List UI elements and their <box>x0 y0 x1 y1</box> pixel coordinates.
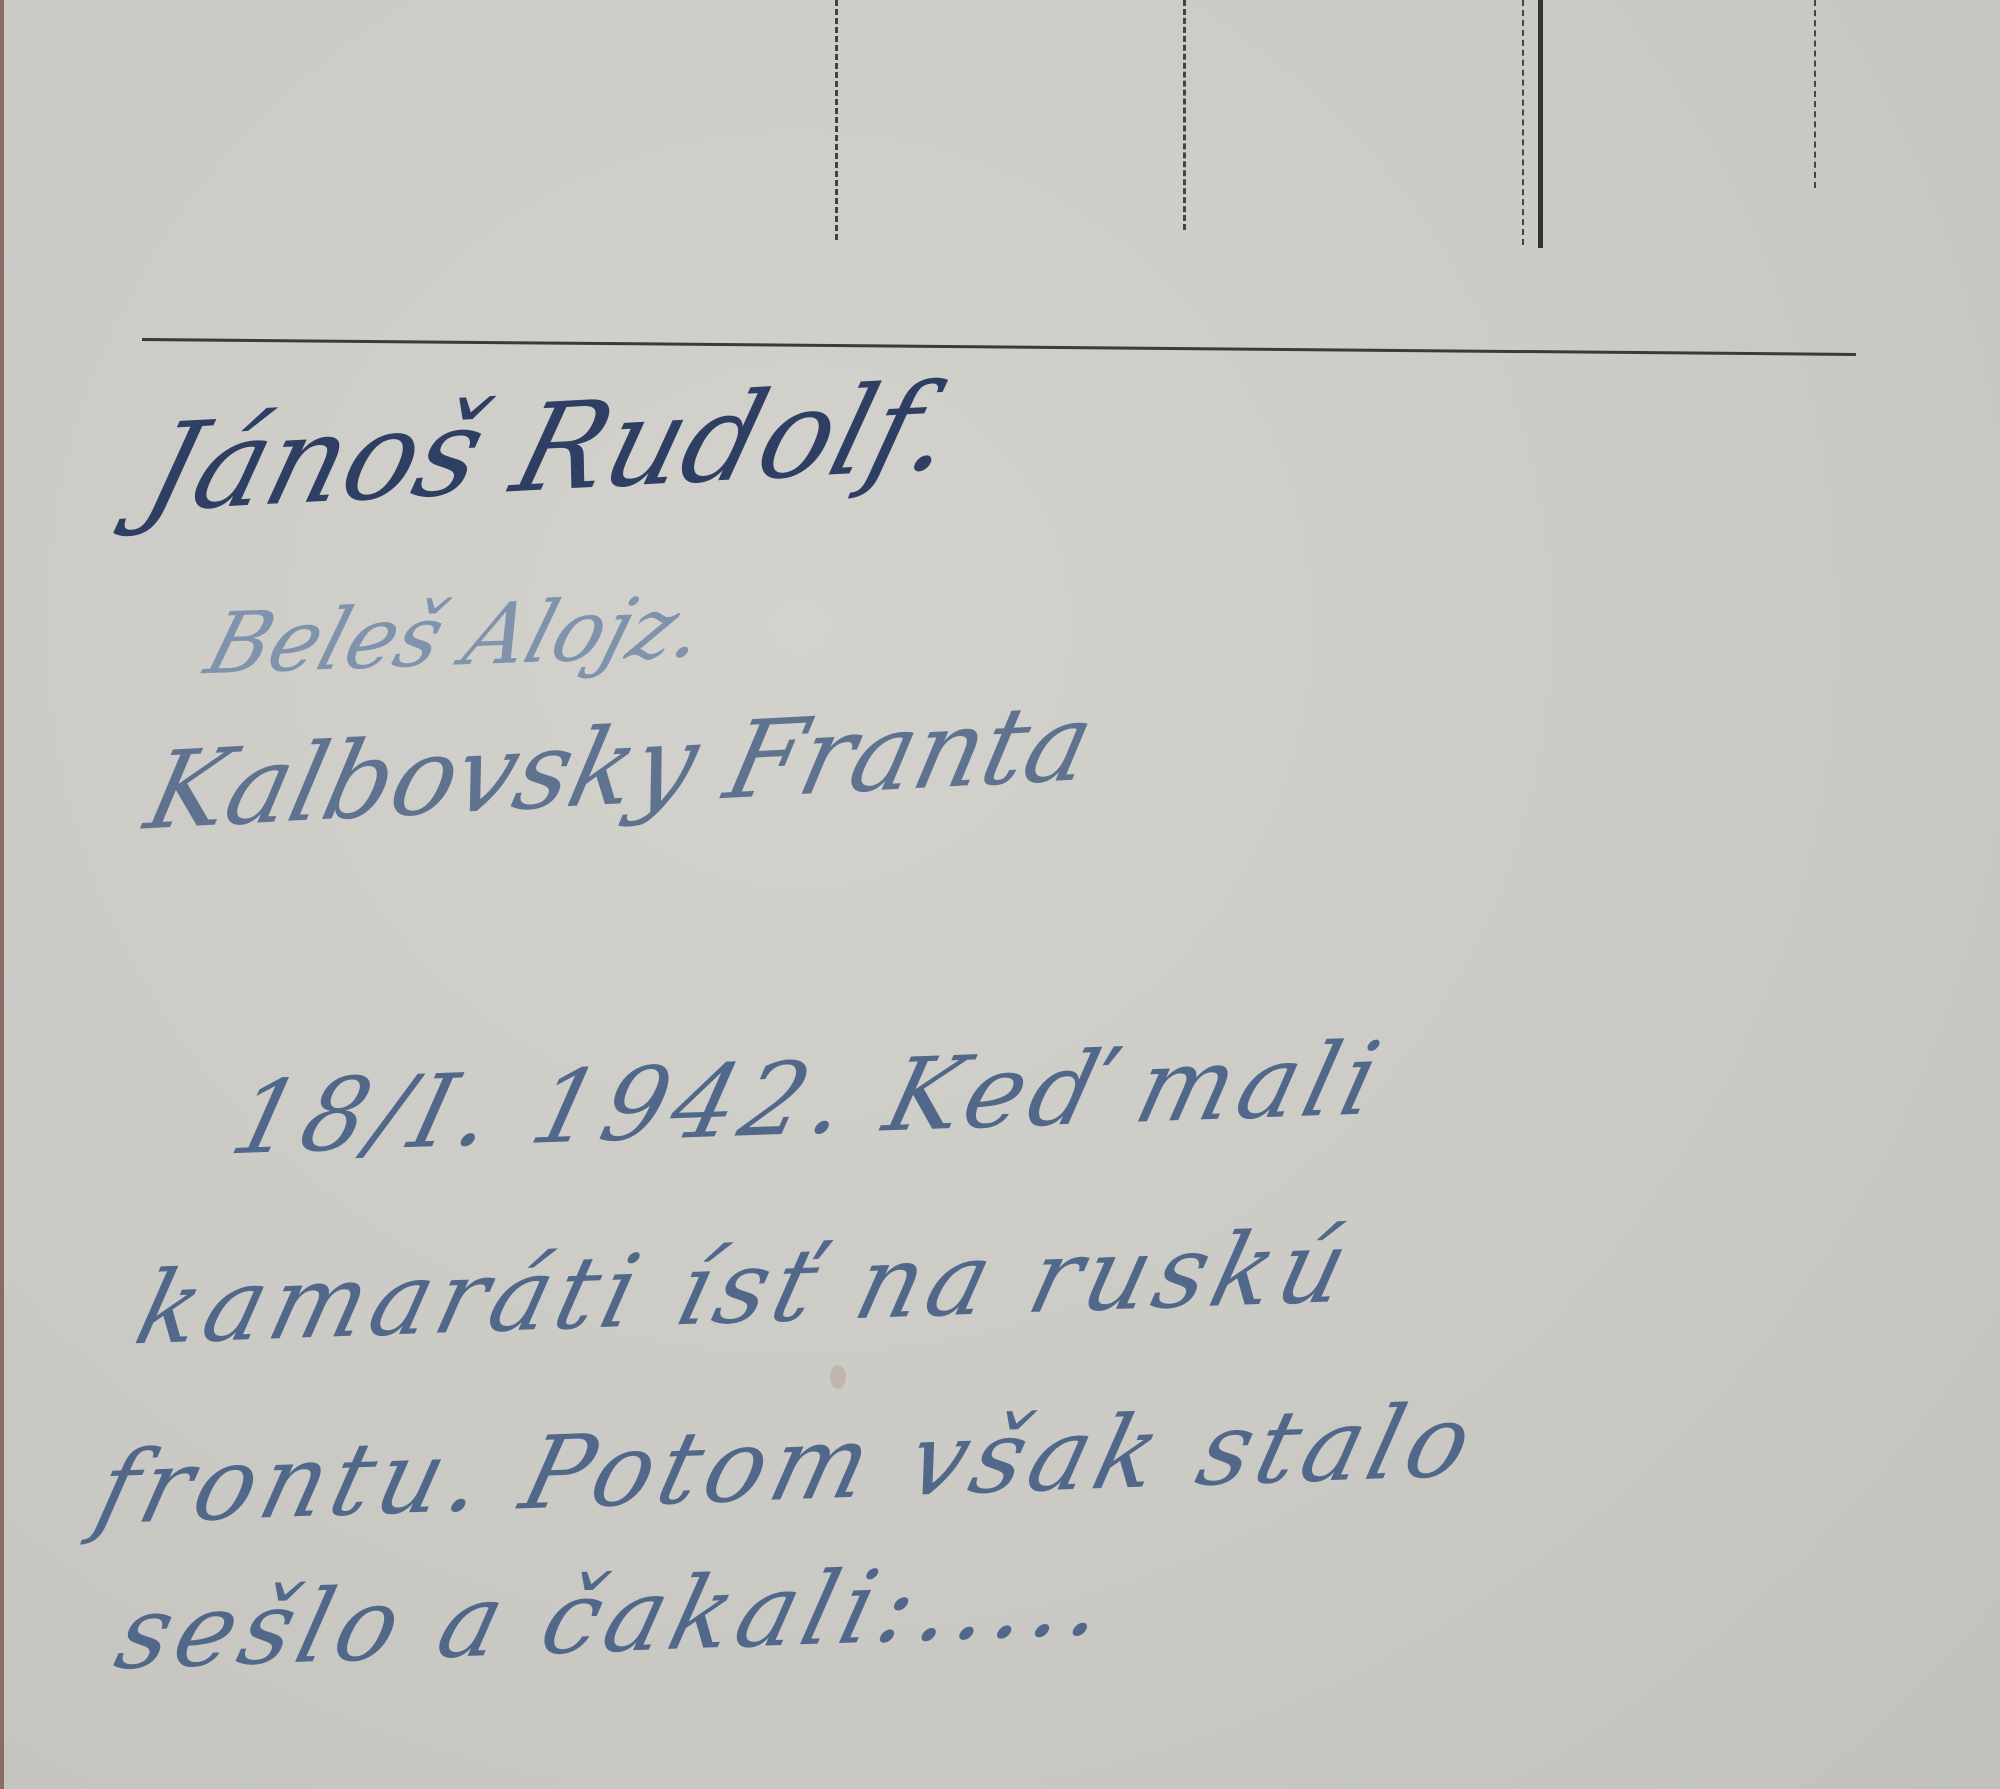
printed-divider-solid <box>1538 0 1543 248</box>
message-line-3: frontu. Potom však stalo <box>85 1381 1489 1547</box>
printed-horizontal-rule <box>142 338 1856 356</box>
message-line-4: sešlo a čakali:..... <box>105 1540 1123 1693</box>
signature-1: Jánoš Rudolf. <box>131 357 970 540</box>
postcard-back: Jánoš Rudolf. Beleš Alojz. Kalbovsky Fra… <box>0 0 2000 1789</box>
printed-divider-dashed <box>1522 0 1524 245</box>
printed-divider-dashed <box>1814 0 1816 188</box>
signature-2: Beleš Alojz. <box>196 577 717 693</box>
signature-3: Kalbovsky Franta <box>136 680 1105 854</box>
paper-stain <box>830 1365 846 1389</box>
printed-divider-dashed <box>1183 0 1186 230</box>
message-line-1: 18/I. 1942. Keď mali <box>220 1019 1396 1177</box>
printed-divider-dashed <box>835 0 838 240</box>
card-edge <box>0 0 4 1789</box>
message-line-2: kamaráti ísť na ruskú <box>125 1207 1365 1367</box>
